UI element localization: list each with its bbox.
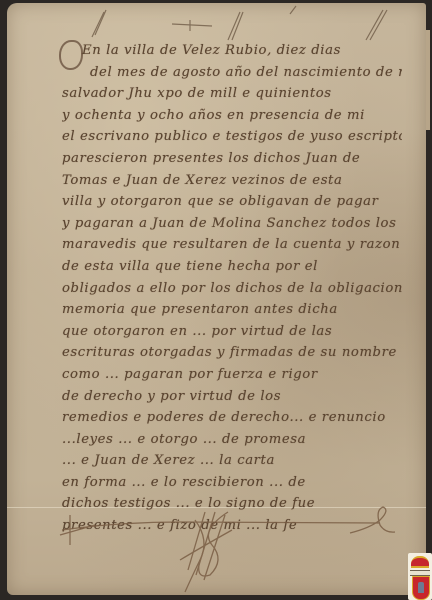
text-line: En la villa de Velez Rubio, diez dias	[62, 40, 402, 62]
page-edge	[426, 30, 430, 130]
text-line: maravedis que resultaren de la cuenta y …	[62, 234, 402, 256]
text-line: que otorgaron en ... por virtud de las	[62, 321, 402, 343]
text-line: el escrivano publico e testigos de yuso …	[62, 126, 402, 148]
manuscript-text: En la villa de Velez Rubio, diez dias de…	[62, 40, 402, 537]
text-line: villa y otorgaron que se obligavan de pa…	[62, 191, 402, 213]
text-line: como ... pagaran por fuerza e rigor	[62, 364, 402, 386]
text-line: memoria que presentaron antes dicha	[62, 299, 402, 321]
text-line: ... e Juan de Xerez ... la carta	[62, 450, 402, 472]
text-line: en forma ... e lo rescibieron ... de	[62, 472, 402, 494]
text-line: de esta villa que tiene hecha por el	[62, 256, 402, 278]
text-line: y ochenta y ocho años en presencia de mi	[62, 105, 402, 127]
document-viewer: En la villa de Velez Rubio, diez dias de…	[0, 0, 432, 600]
text-line: remedios e poderes de derecho... e renun…	[62, 407, 402, 429]
text-line: parescieron presentes los dichos Juan de	[62, 148, 402, 170]
coat-of-arms-icon	[408, 553, 432, 600]
text-line: del mes de agosto año del nascimiento de…	[62, 62, 402, 84]
text-line: ...leyes ... e otorgo ... de promesa	[62, 429, 402, 451]
text-line: presentes ... e fizo de mi ... la fe	[62, 515, 402, 537]
shield-icon	[412, 576, 430, 600]
text-line: Tomas e Juan de Xerez vezinos de esta	[62, 170, 402, 192]
tower-icon	[418, 582, 424, 593]
text-line: y pagaran a Juan de Molina Sanchez todos…	[62, 213, 402, 235]
text-line: dichos testigos ... e lo signo de fue	[62, 493, 402, 515]
text-line: obligados a ello por los dichos de la ob…	[62, 278, 402, 300]
text-line: escrituras otorgadas y firmadas de su no…	[62, 342, 402, 364]
crown-band	[411, 566, 429, 568]
text-line: salvador Jhu xpo de mill e quinientos	[62, 83, 402, 105]
text-line: de derecho y por virtud de los	[62, 386, 402, 408]
